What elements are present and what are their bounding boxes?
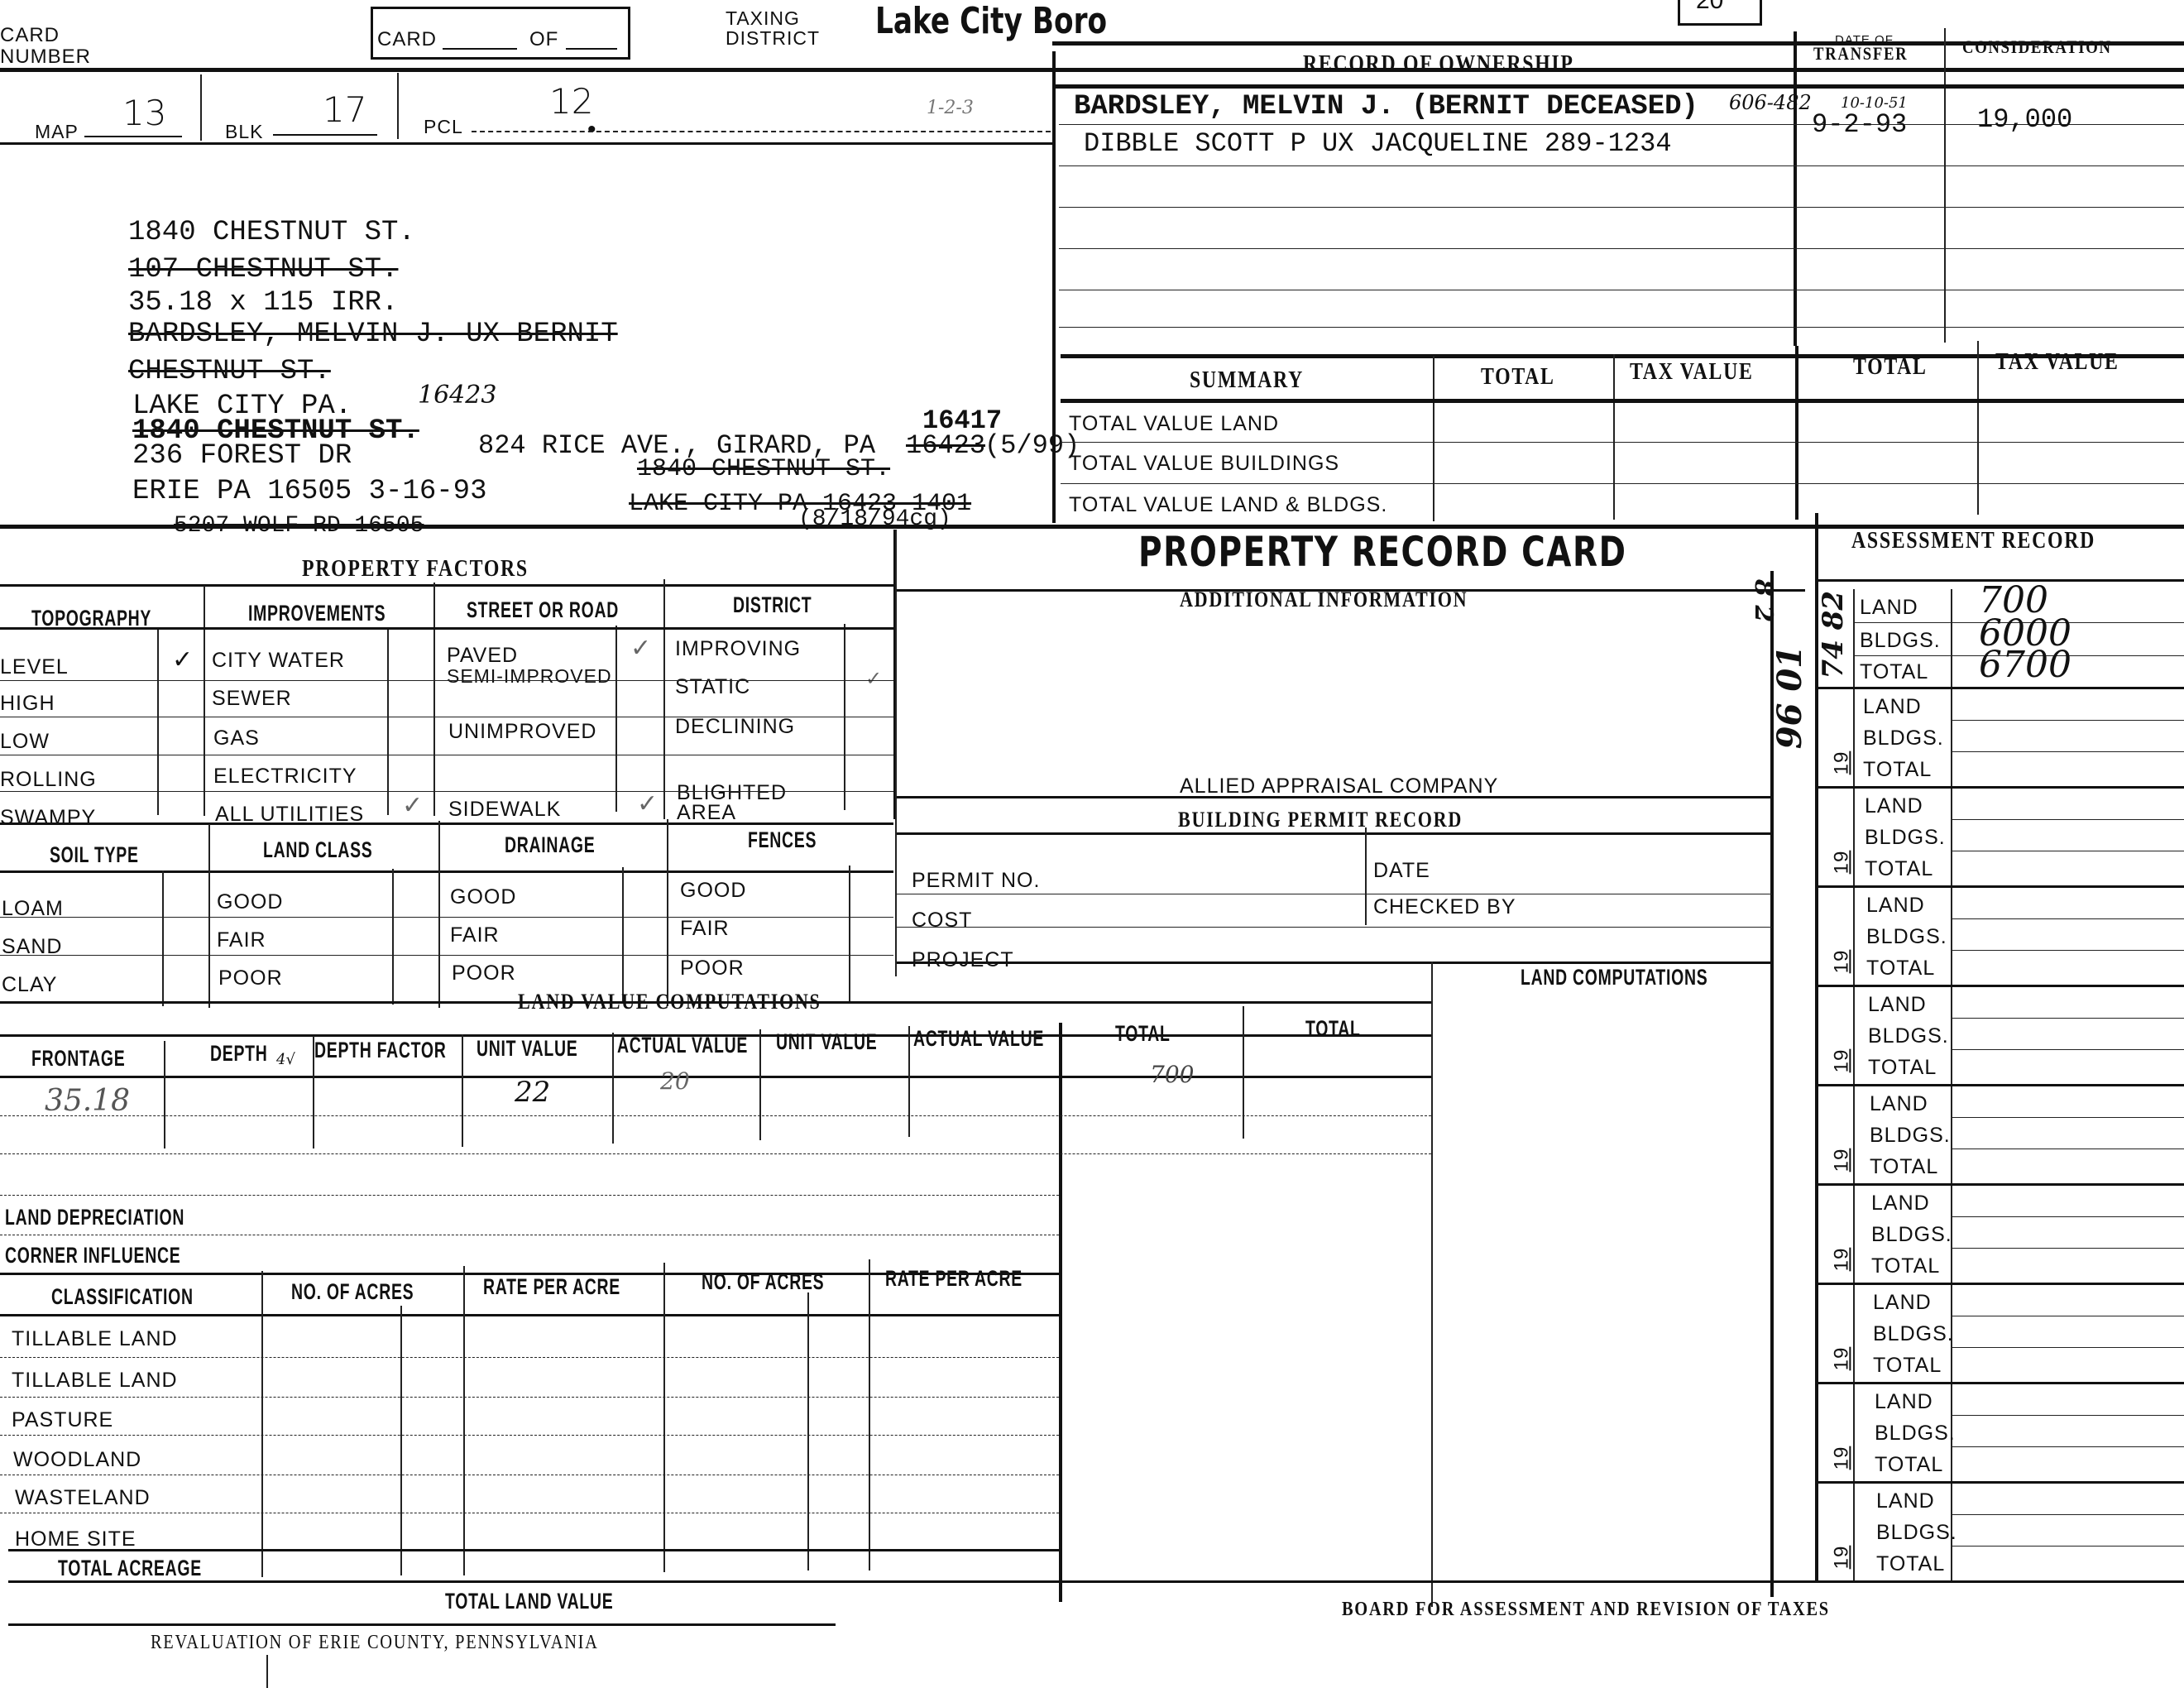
lv-frontage-value[interactable]: 35.18 <box>45 1084 130 1118</box>
assessment-land-field[interactable] <box>1954 986 2177 1016</box>
assessment-row-line <box>1951 1049 2184 1050</box>
acreage-row-label: WOODLAND <box>13 1448 141 1472</box>
acreage-row-line <box>0 1435 1059 1436</box>
acreage-row-line <box>0 1357 1059 1358</box>
improvements-item: SEWER <box>212 687 292 711</box>
topography-item: LEVEL <box>0 655 69 679</box>
check-icon[interactable]: ✓ <box>637 789 658 818</box>
assessment-total-label: TOTAL <box>1866 957 1935 981</box>
street-item: PAVED <box>447 644 518 668</box>
ownership-row-line <box>1059 327 2184 328</box>
improvements-header: IMPROVEMENTS <box>248 601 386 626</box>
assessment-total-label: TOTAL <box>1875 1453 1943 1477</box>
factors-row-line <box>0 791 893 792</box>
address-line: 1840 CHESTNUT ST. <box>128 217 415 248</box>
assessment-total-label: TOTAL <box>1865 857 1933 881</box>
ownership-title: RECORD OF OWNERSHIP <box>1303 51 1574 78</box>
fences-item: FAIR <box>680 917 730 941</box>
assessment-year-prefix: 19 <box>1830 1347 1853 1371</box>
lv-header-unit-value-2: UNIT VALUE <box>776 1029 877 1055</box>
lv-header-depth: DEPTH <box>210 1041 267 1067</box>
assessment-land-field[interactable] <box>1954 1284 2177 1314</box>
assessment-year-prefix: 19 <box>1830 1546 1853 1570</box>
acreage-row-label: WASTELAND <box>15 1486 151 1510</box>
assessment-row-line <box>1951 1216 2184 1217</box>
summary-header-bottom <box>1061 399 2184 403</box>
topography-item: LOW <box>0 730 50 754</box>
card-number-label: CARD NUMBER <box>0 25 91 68</box>
date-col-divider <box>1794 31 1797 346</box>
of-label: OF <box>529 28 558 51</box>
assessment-year-prefix: 19 <box>1830 950 1853 974</box>
old-zip: 16423 <box>906 430 985 461</box>
assessment-bldgs-label: BLDGS. <box>1866 925 1947 949</box>
summary-col4 <box>1977 341 1979 515</box>
assessment-year-prefix: 19 <box>1830 1149 1853 1172</box>
assessment-total-label: TOTAL <box>1868 1056 1937 1080</box>
fences-item: POOR <box>680 957 745 981</box>
permit-section-bottom <box>895 961 1772 964</box>
additional-info-title: ADDITIONAL INFORMATION <box>1180 587 1468 612</box>
lv-header-unit-value: UNIT VALUE <box>477 1036 577 1062</box>
factors-row-line <box>0 755 893 755</box>
ownership-header-bottom <box>1052 84 2184 89</box>
district-item: BLIGHTED AREA <box>677 783 842 822</box>
assessment-row-line <box>1951 1149 2184 1149</box>
soil-col <box>667 819 668 1006</box>
acreage-header-rate: RATE PER ACRE <box>483 1274 620 1300</box>
factors-check-col <box>615 626 617 812</box>
assessment-bldgs-label: BLDGS. <box>1876 1521 1957 1545</box>
ownership-row-line <box>1059 290 2184 290</box>
soil-check-col <box>162 870 164 1006</box>
assessment-block-bottom <box>1815 1580 2184 1583</box>
assessment-land-label: LAND <box>1866 894 1925 918</box>
soil-check-col <box>392 869 394 1005</box>
assessment-bldgs-field[interactable] <box>1954 920 2177 948</box>
assessment-bldgs-field[interactable] <box>1954 1119 2177 1147</box>
additional-info-bottom <box>895 796 1772 798</box>
assessment-row-line <box>1951 1117 2184 1118</box>
assessment-land-label: LAND <box>1863 695 1922 719</box>
address-line: 236 FOREST DR <box>132 440 352 472</box>
lv-unit-value[interactable]: 22 <box>515 1076 550 1109</box>
summary-col1 <box>1433 356 1434 521</box>
fences-item: GOOD <box>680 879 746 903</box>
acreage-row-line <box>0 1397 1059 1398</box>
handwritten-zip: 16423 <box>418 381 496 410</box>
assessment-land-field[interactable] <box>1954 688 2177 718</box>
assessment-bldgs-label: BLDGS. <box>1860 629 1941 653</box>
permit-row-line <box>895 894 1772 894</box>
assessment-total-label: TOTAL <box>1863 758 1932 782</box>
acreage-row-label: TILLABLE LAND <box>12 1327 178 1351</box>
fences-header: FENCES <box>748 827 817 853</box>
pcl-dot: • <box>587 116 596 144</box>
summary-row-land: TOTAL VALUE LAND <box>1069 412 1279 436</box>
map-row-bottom <box>0 142 1052 145</box>
factors-section-bottom <box>0 822 893 825</box>
side-note-years: 96 01 <box>1770 645 1809 749</box>
assessment-land-label: LAND <box>1860 596 1918 620</box>
date-of-transfer-header: TRANSFER <box>1813 43 1908 65</box>
assessment-total-label: TOTAL <box>1860 660 1928 684</box>
soil-col <box>208 824 210 1008</box>
summary-title: SUMMARY <box>1190 367 1304 394</box>
assessment-year-prefix: 19 <box>1830 1248 1853 1272</box>
check-icon[interactable]: ✓ <box>865 667 882 690</box>
drainage-item: GOOD <box>450 885 516 909</box>
transfer-date: 9-2-93 <box>1812 109 1907 140</box>
assessment-year-prefix: 19 <box>1830 1049 1853 1073</box>
lv-header-total: TOTAL <box>1115 1021 1171 1047</box>
assessment-land-field[interactable] <box>1954 1086 2177 1115</box>
assessment-year-prefix: 19 <box>1830 751 1853 775</box>
permit-project-label: PROJECT <box>912 948 1014 972</box>
total-land-value-bottom <box>8 1623 836 1626</box>
summary-total-header-2: TOTAL <box>1853 354 1928 381</box>
district-item: IMPROVING <box>675 637 801 661</box>
assessment-land-label: LAND <box>1875 1390 1933 1414</box>
prior-address: 1840 CHESTNUT ST. <box>637 455 890 483</box>
map-value[interactable]: 13 <box>122 93 166 133</box>
factors-row-line <box>0 717 893 717</box>
street-or-road-header: STREET OR ROAD <box>467 597 619 623</box>
topography-item: ROLLING <box>0 768 97 792</box>
factors-col <box>663 579 665 819</box>
permit-row-line <box>895 927 1772 928</box>
building-permit-title: BUILDING PERMIT RECORD <box>1178 808 1463 832</box>
assessment-bldgs-label: BLDGS. <box>1873 1322 1954 1346</box>
acreage-header-acres: NO. OF ACRES <box>291 1279 414 1305</box>
property-factors-title: PROPERTY FACTORS <box>302 556 529 583</box>
factors-to-card-border <box>895 530 897 976</box>
of-field[interactable] <box>566 48 617 50</box>
assessment-total-field[interactable] <box>1954 852 2177 882</box>
assessment-bldgs-field[interactable] <box>1954 821 2177 849</box>
assessment-bldgs-label: BLDGS. <box>1865 826 1946 850</box>
assessment-bldgs-field[interactable] <box>1954 1218 2177 1246</box>
assessment-land-label: LAND <box>1865 794 1923 818</box>
consideration-col-divider <box>1944 28 1946 343</box>
land-depreciation-label: LAND DEPRECIATION <box>5 1205 184 1230</box>
assessment-total-value[interactable]: 6700 <box>1979 644 2071 686</box>
assessment-total-label: TOTAL <box>1876 1552 1945 1576</box>
district-item: STATIC <box>675 675 750 699</box>
acreage-col <box>869 1259 870 1571</box>
lv-row-line <box>0 1153 1431 1154</box>
lv-row-line <box>0 1235 1059 1235</box>
soil-check-col <box>622 867 624 1003</box>
acreage-header-bottom <box>0 1314 1059 1316</box>
assessment-total-field[interactable] <box>1954 1150 2177 1180</box>
factors-col <box>433 583 435 816</box>
assessment-land-field[interactable] <box>1954 887 2177 917</box>
acreage-col <box>261 1271 263 1577</box>
assessment-land-label: LAND <box>1868 993 1927 1017</box>
summary-total-header: TOTAL <box>1481 364 1555 391</box>
summary-row-buildings: TOTAL VALUE BUILDINGS <box>1069 452 1339 476</box>
street-item: UNIMPROVED <box>448 720 596 744</box>
assessment-row-line <box>1951 950 2184 951</box>
permit-cost-label: COST <box>912 909 972 933</box>
assessment-total-label: TOTAL <box>1870 1155 1938 1179</box>
acreage-header-classification: CLASSIFICATION <box>51 1284 194 1310</box>
assessment-bldgs-field[interactable] <box>1954 1516 2177 1544</box>
acreage-header-acres-2: NO. OF ACRES <box>702 1269 824 1295</box>
assessment-row-line <box>1951 1415 2184 1416</box>
assessment-bldgs-field[interactable] <box>1954 722 2177 750</box>
street-item: SEMI-IMPROVED <box>447 667 612 685</box>
property-record-card-title: PROPERTY RECORD CARD <box>1138 528 1627 576</box>
factors-check-col <box>157 629 159 815</box>
assessment-total-label: TOTAL <box>1871 1254 1940 1278</box>
assessment-bldgs-label: BLDGS. <box>1871 1223 1952 1247</box>
assessment-year-prefix: 19 <box>1830 851 1853 875</box>
assessment-bldgs-label: BLDGS. <box>1868 1024 1949 1048</box>
assessment-row-line <box>1951 751 2184 752</box>
assessment-title: ASSESSMENT RECORD <box>1851 528 2095 554</box>
lv-col <box>313 1036 314 1149</box>
assessment-year: 74 82 <box>1817 591 1850 679</box>
acreage-row-label: HOME SITE <box>15 1527 136 1551</box>
lv-header-bottom <box>0 1076 1431 1078</box>
map-divider <box>200 74 202 141</box>
soil-header-bottom <box>0 870 893 873</box>
acreage-col <box>463 1266 465 1575</box>
lv-header-total-2: TOTAL <box>1305 1016 1361 1042</box>
assessment-total-field[interactable] <box>1954 1547 2177 1577</box>
acreage-row-label: TILLABLE LAND <box>12 1369 178 1393</box>
assessment-land-label: LAND <box>1873 1291 1932 1315</box>
taxing-district-value: Lake City Boro <box>875 0 1107 42</box>
appraiser-name: ALLIED APPRAISAL COMPANY <box>1180 774 1498 798</box>
deed-book-page: 606-482 <box>1729 91 1812 114</box>
land-class-item: GOOD <box>217 890 283 914</box>
assessment-total-label: TOTAL <box>1873 1354 1942 1378</box>
assessment-row-line <box>1951 1018 2184 1019</box>
assessment-row-line <box>1951 1446 2184 1447</box>
consideration-value: 19,000 <box>1977 104 2072 135</box>
assessment-row-line <box>1951 918 2184 919</box>
consideration-header: CONSIDERATION <box>1962 36 2112 58</box>
card-label: CARD <box>377 28 437 51</box>
assessment-land-label: LAND <box>1876 1489 1935 1513</box>
assessment-land-label: LAND <box>1871 1192 1930 1216</box>
land-value-title: LAND VALUE COMPUTATIONS <box>518 990 821 1014</box>
assessment-row-line <box>1951 851 2184 851</box>
owner-name: DIBBLE SCOTT P UX JACQUELINE 289-1234 <box>1084 128 1672 159</box>
acreage-row-line <box>0 1475 1059 1475</box>
soil-type-header: SOIL TYPE <box>50 842 139 868</box>
lv-header-frontage: FRONTAGE <box>31 1046 125 1072</box>
lv-header-actual-value: ACTUAL VALUE <box>617 1033 748 1058</box>
district-item: DECLINING <box>675 715 795 739</box>
assessment-row-line <box>1951 1316 2184 1316</box>
summary-col2 <box>1613 354 1615 520</box>
prior-address-text: 1840 CHESTNUT ST. <box>637 455 890 483</box>
assessment-bldgs-field[interactable] <box>1954 1417 2177 1445</box>
assessment-total-field[interactable] <box>1954 1249 2177 1279</box>
factors-header-bottom <box>0 627 893 630</box>
lv-row-line <box>0 1115 1431 1116</box>
address-line-struck: 107 CHESTNUT ST. <box>128 254 398 285</box>
permit-no-label: PERMIT NO. <box>912 869 1040 893</box>
improvements-item: GAS <box>213 727 260 750</box>
blk-label: BLK <box>225 121 263 143</box>
lv-row-line <box>0 1195 1059 1196</box>
lv-header-actual-value-2: ACTUAL VALUE <box>913 1026 1044 1052</box>
taxing-district-label: TAXING DISTRICT <box>726 8 820 48</box>
acreage-col <box>400 1306 402 1575</box>
summary-row-line <box>1061 442 2184 443</box>
header-divider <box>0 68 2184 72</box>
pcl-label: PCL <box>424 116 463 138</box>
ownership-row-line <box>1059 248 2184 249</box>
check-icon[interactable]: ✓ <box>402 791 423 820</box>
lv-col <box>759 1029 761 1140</box>
soil-row-line <box>0 917 893 918</box>
topography-item: HIGH <box>0 692 55 716</box>
soil-row-line <box>0 955 893 956</box>
land-class-item: POOR <box>218 966 283 990</box>
assessment-row-line <box>1951 1546 2184 1547</box>
assessment-total-field[interactable] <box>1954 1448 2177 1478</box>
drainage-item: FAIR <box>450 923 500 947</box>
assessment-bldgs-label: BLDGS. <box>1870 1124 1951 1148</box>
land-class-header: LAND CLASS <box>263 837 372 863</box>
footer-tick <box>266 1655 268 1688</box>
summary-row-line <box>1061 483 2184 484</box>
acreage-row-label: PASTURE <box>12 1408 113 1432</box>
address-line: ERIE PA 16505 3-16-93 <box>132 476 486 507</box>
address-line-struck: CHESTNUT ST. <box>128 356 331 387</box>
summary-tax-header-2: TAX VALUE <box>1995 349 2119 376</box>
total-land-value-label: TOTAL LAND VALUE <box>445 1589 613 1614</box>
land-computations-title: LAND COMPUTATIONS <box>1521 965 1707 990</box>
acreage-col <box>663 1263 665 1572</box>
lv-col <box>164 1041 165 1149</box>
factors-row-line <box>0 680 893 681</box>
land-class-item: FAIR <box>217 928 266 952</box>
summary-row-land-bldgs: TOTAL VALUE LAND & BLDGS. <box>1069 493 1387 517</box>
zip-note: (5/99) <box>984 430 1080 461</box>
drainage-item: POOR <box>452 961 516 985</box>
factors-col <box>204 586 205 816</box>
district-header: DISTRICT <box>733 592 812 618</box>
lv-col <box>1243 1006 1244 1139</box>
assessment-land-field[interactable] <box>1954 788 2177 818</box>
assessment-bldgs-field[interactable] <box>1954 1019 2177 1048</box>
lot-dimensions: 35.18 x 115 IRR. <box>128 287 398 319</box>
pcl-underline <box>472 131 1051 132</box>
factors-check-col <box>387 629 389 815</box>
lv-actual-value[interactable]: 20 <box>660 1067 690 1095</box>
permit-col-divider <box>1365 827 1367 925</box>
acreage-row-line <box>0 1513 1059 1513</box>
blk-value[interactable]: 17 <box>323 89 366 130</box>
check-icon[interactable]: ✓ <box>630 634 651 663</box>
assessment-total-field[interactable] <box>1954 1349 2177 1379</box>
acreage-rows-bottom <box>8 1549 1059 1551</box>
lv-header-depth-factor: DEPTH FACTOR <box>314 1038 446 1063</box>
map-underline <box>84 136 182 137</box>
factors-title-bottom <box>0 584 893 587</box>
drainage-header: DRAINAGE <box>505 832 595 858</box>
assessment-land-label: LAND <box>1870 1092 1928 1116</box>
checked-by-label: CHECKED BY <box>1373 895 1516 919</box>
assessment-row-line <box>1951 1248 2184 1249</box>
footer-left: REVALUATION OF ERIE COUNTY, PENNSYLVANIA <box>151 1632 599 1654</box>
building-permit-title-bottom <box>895 832 1772 835</box>
assessment-land-field[interactable] <box>1954 1483 2177 1513</box>
assessment-row-line <box>1951 819 2184 820</box>
ownership-row-line <box>1059 165 2184 166</box>
assessment-total-field[interactable] <box>1954 753 2177 783</box>
blk-underline <box>273 134 377 136</box>
topography-item: SWAMPY <box>0 806 96 830</box>
blk-divider <box>397 73 399 139</box>
street-item: SIDEWALK <box>448 798 561 822</box>
card-field[interactable] <box>443 48 517 50</box>
map-label: MAP <box>35 121 79 143</box>
lv-col <box>462 1034 463 1147</box>
assessment-row-line <box>1951 1514 2184 1515</box>
assessment-year-prefix: 19 <box>1830 1446 1853 1470</box>
check-icon[interactable]: ✓ <box>172 645 193 674</box>
pcl-note: 1-2-3 <box>927 98 974 118</box>
land-computations-border <box>1431 961 1433 1607</box>
improvements-item: CITY WATER <box>212 649 345 673</box>
lv-total-value[interactable]: 700 <box>1150 1061 1194 1088</box>
lv-col <box>908 1026 910 1137</box>
summary-tax-header: TAX VALUE <box>1630 359 1754 386</box>
assessment-bldgs-label: BLDGS. <box>1863 727 1944 750</box>
footer-right: BOARD FOR ASSESSMENT AND REVISION OF TAX… <box>1342 1599 1830 1621</box>
assessment-bldgs-field[interactable] <box>1954 1317 2177 1345</box>
lv-col <box>612 1033 614 1144</box>
improvements-item: ELECTRICITY <box>213 765 357 789</box>
soil-col <box>438 821 440 1008</box>
lv-col <box>1059 1023 1062 1602</box>
owner-name: BARDSLEY, MELVIN J. (BERNIT DECEASED) <box>1074 91 1698 122</box>
assessment-row-line <box>1951 720 2184 721</box>
acreage-header-rate-2: RATE PER ACRE <box>885 1266 1023 1292</box>
permit-date-label: DATE <box>1373 859 1430 883</box>
soil-item: CLAY <box>2 973 57 997</box>
soil-check-col <box>849 866 850 1001</box>
ownership-left-border <box>1052 51 1056 523</box>
assessment-land-field[interactable] <box>1954 1383 2177 1413</box>
side-note-top: 8 2 <box>1749 579 1778 622</box>
assessment-row-line <box>1951 1347 2184 1348</box>
corner-influence-label: CORNER INFLUENCE <box>5 1243 180 1268</box>
ownership-row-line <box>1059 207 2184 208</box>
depth-note: 4√ <box>276 1051 295 1068</box>
acreage-col <box>807 1292 809 1571</box>
summary-col3 <box>1795 346 1798 520</box>
address-line-struck: BARDSLEY, MELVIN J. UX BERNIT <box>128 319 618 350</box>
assessment-bldgs-label: BLDGS. <box>1875 1422 1956 1446</box>
assessment-total-field[interactable] <box>1954 1051 2177 1081</box>
assessment-land-field[interactable] <box>1954 1185 2177 1215</box>
corner-number: 20 <box>1696 0 1723 15</box>
assessment-total-field[interactable] <box>1954 952 2177 981</box>
total-acreage-label: TOTAL ACREAGE <box>58 1556 202 1581</box>
